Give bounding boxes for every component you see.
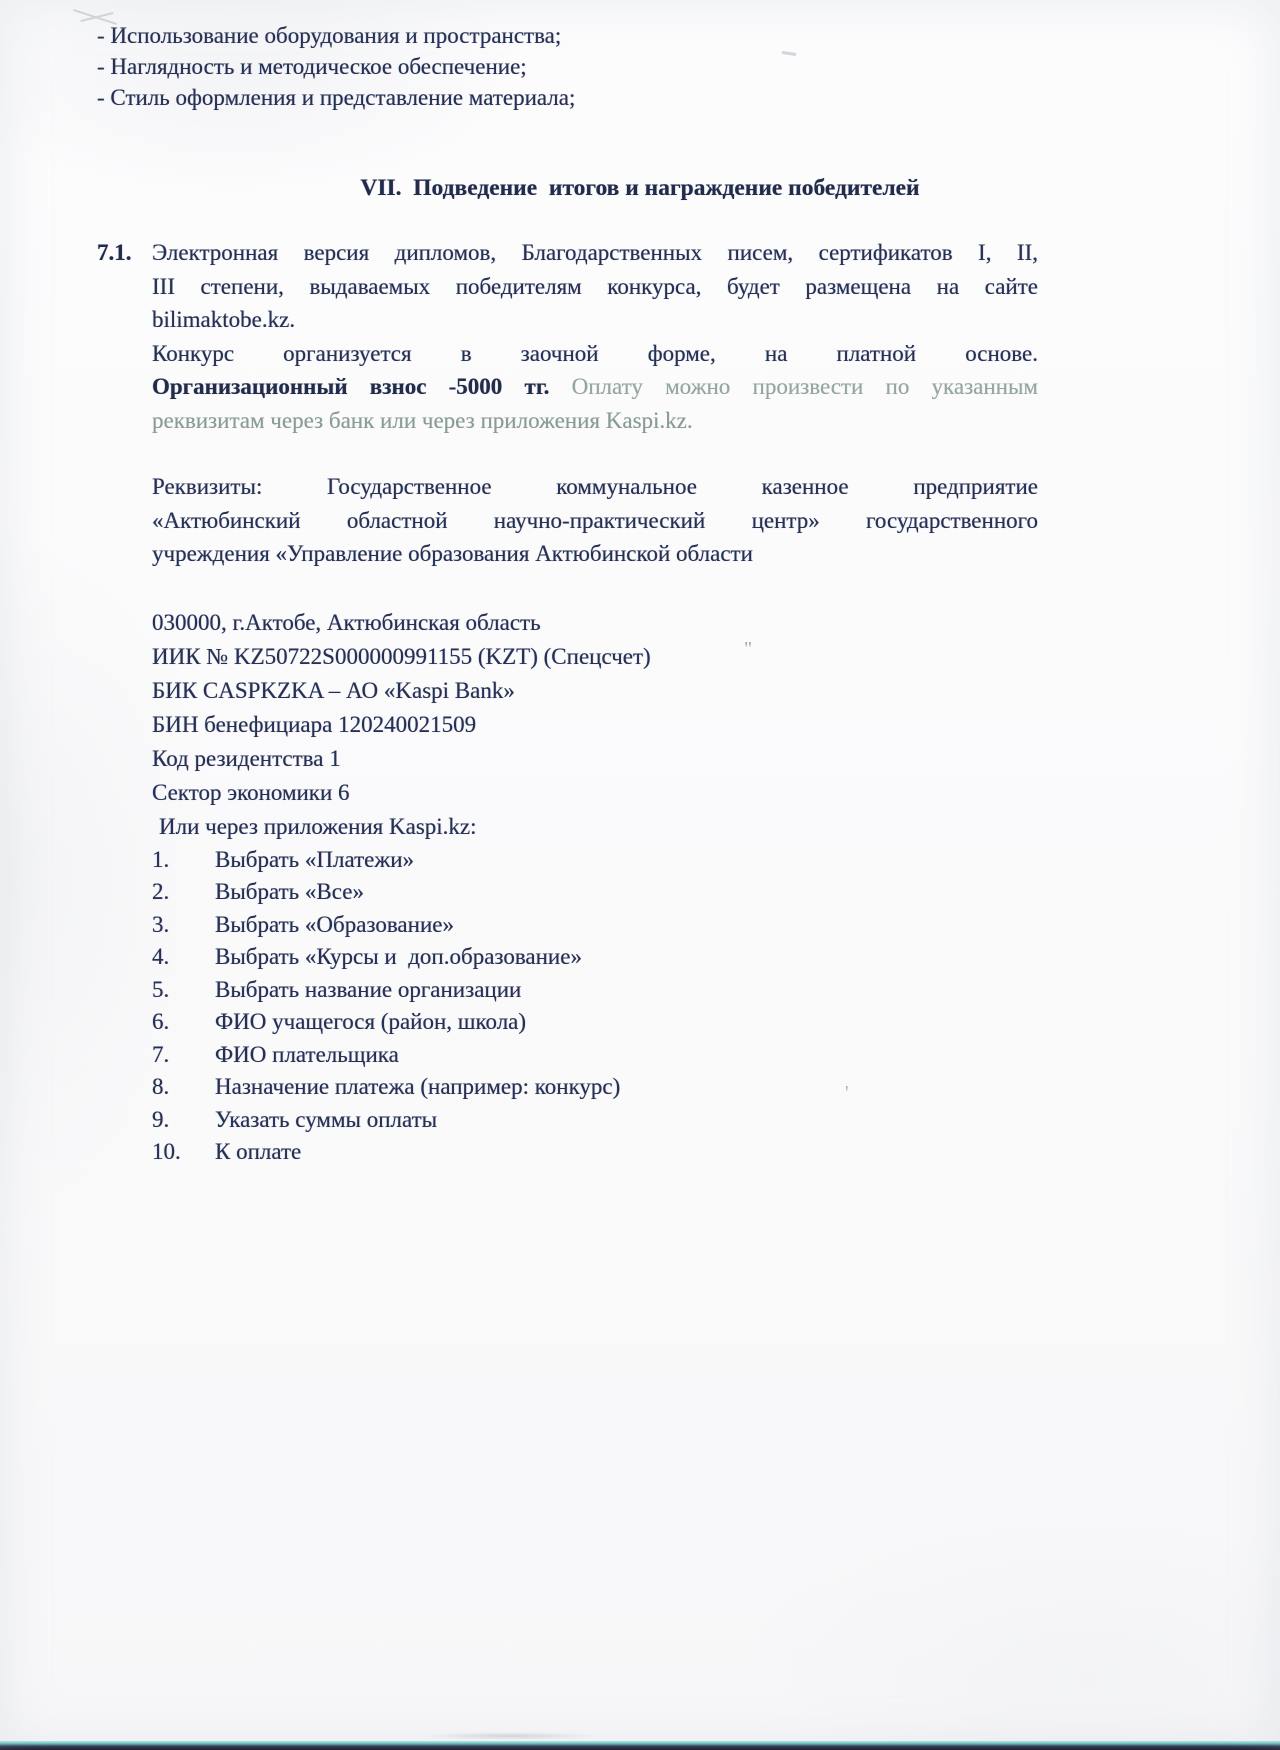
- step-label: Выбрать «Образование»: [215, 909, 454, 942]
- step-label: К оплате: [215, 1136, 301, 1169]
- bank-bin-line: БИН бенефициара 120240021509: [152, 708, 1280, 742]
- list-item: 8.Назначение платежа (например: конкурс): [152, 1071, 1280, 1104]
- step-number: 10.: [152, 1136, 215, 1169]
- bank-sector-line: Сектор экономики 6: [152, 776, 1280, 810]
- list-item: 1.Выбрать «Платежи»: [152, 844, 1280, 877]
- step-label: Выбрать «Все»: [215, 876, 364, 909]
- list-item: 5.Выбрать название организации: [152, 974, 1280, 1007]
- list-item: 7.ФИО плательщика: [152, 1039, 1280, 1072]
- step-number: 8.: [152, 1071, 215, 1104]
- text-line: учреждения «Управление образования Актюб…: [152, 537, 1038, 571]
- text-line: «Актюбинский областной научно-практическ…: [152, 504, 1038, 538]
- criteria-dash-list: - Использование оборудования и пространс…: [97, 20, 1280, 113]
- step-label: Выбрать «Платежи»: [215, 844, 414, 877]
- step-label: Назначение платежа (например: конкурс): [215, 1071, 620, 1104]
- step-number: 2.: [152, 876, 215, 909]
- clause-body: Электронная версия дипломов, Благодарств…: [152, 236, 1038, 437]
- scanned-document-page: - Использование оборудования и пространс…: [0, 0, 1280, 1750]
- list-item: 6.ФИО учащегося (район, школа): [152, 1006, 1280, 1039]
- step-number: 9.: [152, 1104, 215, 1137]
- text-line: Электронная версия дипломов, Благодарств…: [152, 236, 1038, 270]
- scan-edge-strip: [0, 1741, 1280, 1750]
- step-number: 6.: [152, 1006, 215, 1039]
- step-number: 3.: [152, 909, 215, 942]
- document-content: - Использование оборудования и пространс…: [0, 0, 1280, 1169]
- text-line: Конкурс организуется в заочной форме, на…: [152, 337, 1038, 371]
- list-item: 3.Выбрать «Образование»: [152, 909, 1280, 942]
- clause-number: 7.1.: [97, 236, 152, 437]
- fee-faded-text: Оплату можно произвести по указанным: [572, 374, 1038, 399]
- ink-speck: ': [845, 1082, 849, 1105]
- ink-speck: ": [744, 638, 752, 661]
- requisites-paragraph: Реквизиты: Государственное коммунальное …: [152, 470, 1280, 571]
- kaspi-steps-list: 1.Выбрать «Платежи» 2.Выбрать «Все» 3.Вы…: [152, 844, 1280, 1169]
- list-item: 4.Выбрать «Курсы и доп.образование»: [152, 941, 1280, 974]
- step-label: Выбрать «Курсы и доп.образование»: [215, 941, 582, 974]
- bank-address-line: 030000, г.Актобе, Актюбинская область: [152, 606, 1280, 640]
- dash-item: - Наглядность и методическое обеспечение…: [97, 51, 983, 82]
- dash-item: - Стиль оформления и представление матер…: [97, 82, 983, 113]
- step-label: Указать суммы оплаты: [215, 1104, 437, 1137]
- text-line: Реквизиты: Государственное коммунальное …: [152, 470, 1038, 504]
- scan-smudge: [420, 1732, 600, 1740]
- kaspi-intro-line: Или через приложения Kaspi.kz:: [152, 810, 1280, 844]
- dash-item: - Использование оборудования и пространс…: [97, 20, 983, 51]
- bank-iik-line: ИИК № KZ50722S000000991155 (KZT) (Спецсч…: [152, 640, 1280, 674]
- step-number: 4.: [152, 941, 215, 974]
- step-label: ФИО учащегося (район, школа): [215, 1006, 526, 1039]
- step-number: 1.: [152, 844, 215, 877]
- step-number: 5.: [152, 974, 215, 1007]
- fee-bold-text: Организационный взнос -5000 тг.: [152, 374, 549, 399]
- text-line: III степени, выдаваемых победителям конк…: [152, 270, 1038, 304]
- text-line: реквизитам через банк или через приложен…: [152, 404, 1038, 438]
- section-heading: VII. Подведение итогов и награждение поб…: [0, 173, 1280, 204]
- clause-7-1: 7.1. Электронная версия дипломов, Благод…: [97, 236, 1280, 437]
- bank-residency-line: Код резидентства 1: [152, 742, 1280, 776]
- step-number: 7.: [152, 1039, 215, 1072]
- step-label: Выбрать название организации: [215, 974, 521, 1007]
- bank-details-block: 030000, г.Актобе, Актюбинская область ИИ…: [152, 606, 1280, 844]
- step-label: ФИО плательщика: [215, 1039, 399, 1072]
- pencil-mark: [72, 6, 118, 28]
- fee-line: Организационный взнос -5000 тг. Оплату м…: [152, 370, 1038, 404]
- bank-bik-line: БИК CASPKZKA – АО «Kaspi Bank»: [152, 674, 1280, 708]
- site-url-line: bilimaktobe.kz.: [152, 303, 1038, 337]
- list-item: 10.К оплате: [152, 1136, 1280, 1169]
- list-item: 2.Выбрать «Все»: [152, 876, 1280, 909]
- list-item: 9.Указать суммы оплаты: [152, 1104, 1280, 1137]
